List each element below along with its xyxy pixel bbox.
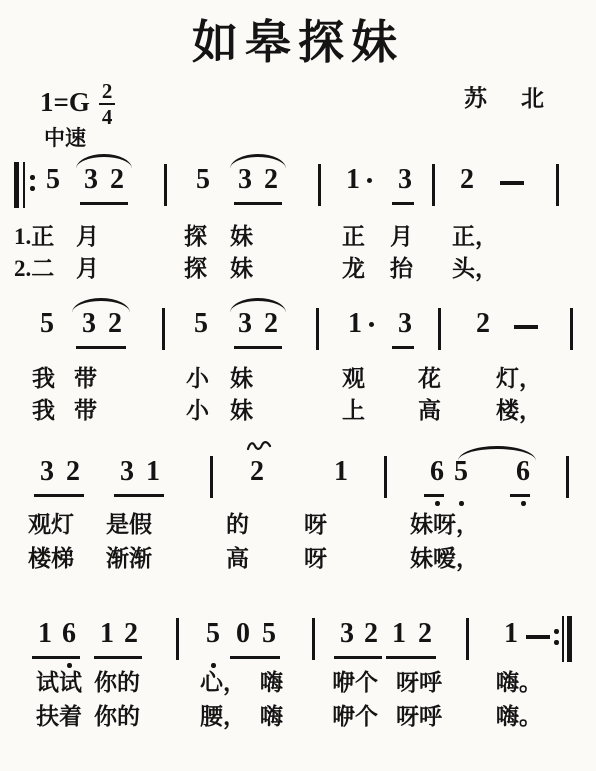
lyric-cell: 咿个 — [332, 704, 378, 730]
note: 6 — [516, 458, 530, 486]
barline — [466, 618, 469, 660]
note: 2 — [364, 620, 378, 648]
note: 3 — [398, 166, 412, 194]
lyric-cell: 正， — [452, 224, 498, 250]
mordent-icon — [246, 440, 272, 453]
lyric-row-2-2: 我带小妹上高楼， — [0, 398, 596, 428]
lyric-cell: 妹 — [230, 366, 253, 392]
lyric-cell: 抬 — [390, 256, 413, 282]
note: 2 — [250, 458, 264, 486]
note: 2 — [264, 310, 278, 338]
eighth-note-beam — [230, 656, 280, 659]
eighth-note-beam — [34, 494, 84, 497]
lyric-cell: 头， — [452, 256, 498, 282]
lyric-cell: 1.正 — [14, 224, 54, 250]
lyric-cell: 观灯 — [28, 512, 74, 538]
barline — [162, 308, 165, 350]
note: 5 — [262, 620, 276, 648]
augmentation-dot — [367, 178, 372, 183]
lyric-row-3-1: 观灯是假的呀妹呀， — [0, 512, 596, 542]
note: 1 — [334, 458, 348, 486]
lyric-cell: 的 — [226, 512, 249, 538]
lyric-cell: 妹 — [230, 398, 253, 424]
augmentation-dot — [369, 322, 374, 327]
note: 5 — [46, 166, 60, 194]
barline — [556, 164, 559, 206]
lyric-cell: 妹呀， — [410, 512, 479, 538]
note: 5 — [206, 620, 220, 648]
lyric-cell: 你的 — [94, 704, 140, 730]
rest-note: 0 — [236, 620, 250, 648]
note: 1 — [146, 458, 160, 486]
barline — [570, 308, 573, 350]
repeat-begin-thick-bar — [14, 162, 19, 208]
barline — [312, 618, 315, 660]
eighth-note-beam — [424, 494, 444, 497]
lyric-cell: 是假 — [106, 512, 152, 538]
note: 2 — [108, 310, 122, 338]
system-2: 532532132 — [0, 296, 596, 372]
note: 2 — [124, 620, 138, 648]
lyric-cell: 妹嗳， — [410, 546, 479, 572]
lyric-row-4-2: 扶着你的腰，嗨咿个呀呼嗨。 — [0, 704, 596, 734]
half-note-dash — [514, 325, 538, 329]
lyric-cell: 扶着 — [36, 704, 82, 730]
slur-arc — [230, 298, 286, 313]
note: 2 — [460, 166, 474, 194]
system-3: 323121656 — [0, 444, 596, 520]
note: 3 — [120, 458, 134, 486]
tempo-label: 中速 — [44, 122, 86, 152]
lyric-cell: 灯， — [496, 366, 542, 392]
lyric-row-3-2: 楼梯渐渐高呀妹嗳， — [0, 546, 596, 576]
lyric-cell: 腰， — [200, 704, 246, 730]
lyric-cell: 花 — [418, 366, 441, 392]
lyric-cell: 试试 — [36, 670, 82, 696]
repeat-begin-thin-bar — [23, 162, 25, 208]
note: 3 — [340, 620, 354, 648]
note: 5 — [196, 166, 210, 194]
lyric-cell: 月 — [76, 224, 99, 250]
note: 3 — [82, 310, 96, 338]
lyric-cell: 呀呼 — [396, 704, 442, 730]
barline — [384, 456, 387, 498]
lyric-cell: 嗨 — [260, 704, 283, 730]
low-octave-dot — [521, 501, 526, 506]
lyric-cell: 月 — [76, 256, 99, 282]
low-octave-dot — [67, 663, 72, 668]
lyric-cell: 嗨 — [260, 670, 283, 696]
note: 5 — [454, 458, 468, 486]
note: 1 — [100, 620, 114, 648]
eighth-note-beam — [94, 656, 142, 659]
note: 3 — [84, 166, 98, 194]
lyric-cell: 心， — [200, 670, 246, 696]
barline — [432, 164, 435, 206]
time-signature-denominator: 4 — [102, 105, 113, 128]
lyric-cell: 我 — [32, 366, 55, 392]
note: 1 — [346, 166, 360, 194]
page-title: 如皋探妹 — [0, 6, 596, 72]
eighth-note-beam — [80, 202, 128, 205]
eighth-note-beam — [334, 656, 382, 659]
lyric-cell: 渐渐 — [106, 546, 152, 572]
repeat-begin-dot — [30, 186, 35, 191]
lyric-row-1-2: 2.二月探妹龙抬头， — [0, 256, 596, 286]
eighth-note-beam — [114, 494, 164, 497]
repeat-end-thin-bar — [562, 616, 564, 662]
note: 3 — [40, 458, 54, 486]
lyric-cell: 带 — [74, 366, 97, 392]
lyric-cell: 2.二 — [14, 256, 54, 282]
lyric-cell: 楼， — [496, 398, 542, 424]
eighth-note-beam — [234, 346, 282, 349]
lyric-cell: 妹 — [230, 224, 253, 250]
region-label: 苏北 — [464, 80, 578, 113]
barline — [210, 456, 213, 498]
lyric-cell: 观 — [342, 366, 365, 392]
eighth-note-beam — [32, 656, 80, 659]
barline — [176, 618, 179, 660]
lyric-cell: 呀呼 — [396, 670, 442, 696]
slur-arc — [76, 154, 132, 169]
eighth-note-beam — [392, 346, 414, 349]
note: 3 — [398, 310, 412, 338]
lyric-cell: 高 — [226, 546, 249, 572]
lyric-cell: 呀 — [304, 512, 327, 538]
barline — [318, 164, 321, 206]
note: 1 — [504, 620, 518, 648]
barline — [164, 164, 167, 206]
note: 2 — [418, 620, 432, 648]
low-octave-dot — [211, 663, 216, 668]
eighth-note-beam — [510, 494, 530, 497]
lyric-cell: 妹 — [230, 256, 253, 282]
eighth-note-beam — [76, 346, 126, 349]
note: 2 — [264, 166, 278, 194]
note: 5 — [194, 310, 208, 338]
lyric-cell: 楼梯 — [28, 546, 74, 572]
lyric-cell: 高 — [418, 398, 441, 424]
lyric-cell: 月 — [390, 224, 413, 250]
half-note-dash — [500, 181, 524, 185]
low-octave-dot — [459, 501, 464, 506]
lyric-cell: 我 — [32, 398, 55, 424]
repeat-end-thick-bar — [567, 616, 572, 662]
note: 3 — [238, 310, 252, 338]
lyric-cell: 咿个 — [332, 670, 378, 696]
system-1: 532532132 — [0, 152, 596, 228]
note: 1 — [38, 620, 52, 648]
half-note-dash — [526, 635, 550, 639]
eighth-note-beam — [392, 202, 414, 205]
barline — [566, 456, 569, 498]
note: 3 — [238, 166, 252, 194]
note: 1 — [348, 310, 362, 338]
note: 6 — [430, 458, 444, 486]
time-signature: 2 4 — [99, 80, 116, 128]
lyric-cell: 带 — [74, 398, 97, 424]
key-label: 1=G — [40, 89, 90, 116]
repeat-end-dot — [554, 640, 559, 645]
lyric-cell: 你的 — [94, 670, 140, 696]
lyric-cell: 探 — [184, 256, 207, 282]
note: 6 — [62, 620, 76, 648]
slur-arc — [458, 446, 536, 461]
note: 5 — [40, 310, 54, 338]
lyric-cell: 嗨。 — [496, 670, 542, 696]
slur-arc — [230, 154, 286, 169]
low-octave-dot — [435, 501, 440, 506]
lyric-cell: 正 — [342, 224, 365, 250]
lyric-cell: 小 — [186, 366, 209, 392]
lyric-cell: 龙 — [342, 256, 365, 282]
slur-arc — [72, 298, 130, 313]
barline — [316, 308, 319, 350]
repeat-end-dot — [554, 629, 559, 634]
barline — [438, 308, 441, 350]
lyric-cell: 上 — [342, 398, 365, 424]
lyric-cell: 呀 — [304, 546, 327, 572]
lyric-row-2-1: 我带小妹观花灯， — [0, 366, 596, 396]
repeat-begin-dot — [30, 175, 35, 180]
key-signature: 1=G 2 4 — [40, 76, 115, 128]
eighth-note-beam — [386, 656, 436, 659]
lyric-row-1-1: 1.正月探妹正月正， — [0, 224, 596, 254]
time-signature-numerator: 2 — [99, 80, 116, 105]
lyric-row-4-1: 试试你的心，嗨咿个呀呼嗨。 — [0, 670, 596, 700]
note: 2 — [476, 310, 490, 338]
note: 2 — [110, 166, 124, 194]
note: 1 — [392, 620, 406, 648]
lyric-cell: 嗨。 — [496, 704, 542, 730]
note: 2 — [66, 458, 80, 486]
eighth-note-beam — [234, 202, 282, 205]
lyric-cell: 探 — [184, 224, 207, 250]
lyric-cell: 小 — [186, 398, 209, 424]
sheet-music-page: 如皋探妹 1=G 2 4 苏北 中速 5325321321.正月探妹正月正，2.… — [0, 0, 596, 771]
